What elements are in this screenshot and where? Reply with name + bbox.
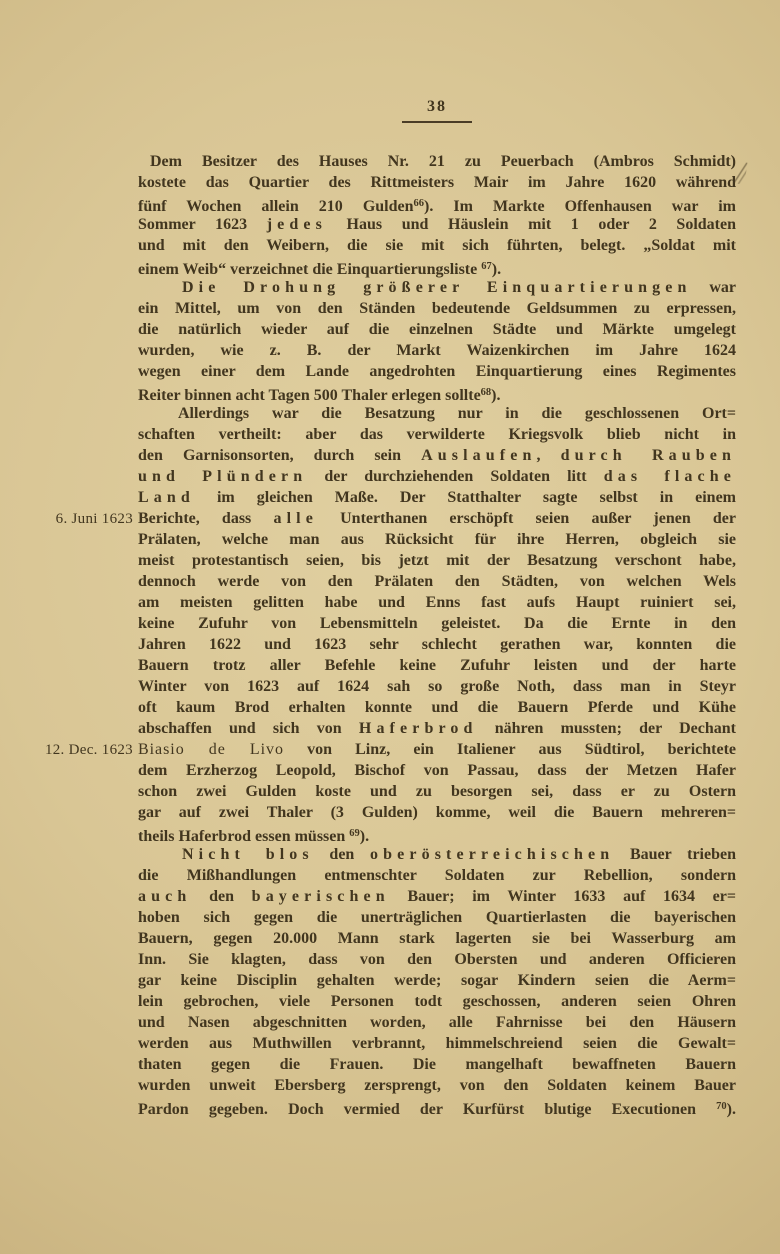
text-line: Winter von 1623 auf 1624 sah so große No… [138,676,736,697]
text-segment: Prälaten, welche man aus Rücksicht für i… [138,531,736,548]
text-segment: hoben sich gegen die unerträglichen Quar… [138,909,736,926]
text-segment: Nicht blos [182,846,314,863]
text-segment: jedes [267,216,327,233]
text-line: thaten gegen die Frauen. Die mangelhaft … [138,1054,736,1075]
text-line: Bauern trotz aller Befehle keine Zufuhr … [138,655,736,676]
text-line: ein Mittel, um von den Ständen bedeutend… [138,298,736,319]
footnote-marker: 67 [481,261,492,272]
text-line: Reiter binnen acht Tagen 500 Thaler erle… [138,382,736,403]
text-segment: schaften vertheilt: aber das verwilderte… [138,426,736,443]
ink-smudge [735,161,748,184]
text-segment: Bauer trieben [614,846,736,863]
text-segment: auch [138,888,191,905]
text-line: schon zwei Gulden koste und zu besorgen … [138,781,736,802]
text-line: oft kaum Brod erhalten konnte und die Ba… [138,697,736,718]
text-segment: die Mißhandlungen entmenschter Soldaten … [138,867,736,884]
text-line: abschaffen und sich von Haferbrod nähren… [138,718,736,739]
text-segment: Allerdings war die Besatzung nur in die … [178,405,736,422]
text-segment: Biasio de Livo [138,741,284,758]
text-line: Prälaten, welche man aus Rücksicht für i… [138,529,736,550]
text-segment: theils Haferbrod essen müssen [138,828,349,845]
text-line: werden aus Muthwillen verbrannt, himmels… [138,1033,736,1054]
text-segment: Dem Besitzer des Hauses Nr. 21 zu Peuerb… [150,153,736,170]
book-page-scan: 38 Dem Besitzer des Hauses Nr. 21 zu Peu… [0,0,780,1254]
text-segment: der durchziehenden Soldaten litt [307,468,603,485]
text-segment: Die Drohung größerer Einquartierungen [182,279,692,296]
text-line: die natürlich wieder auf die einzelnen S… [138,319,736,340]
text-segment: schon zwei Gulden koste und zu besorgen … [138,783,736,800]
text-segment: nähren mussten; der Dechant [478,720,736,737]
text-segment: Haferbrod [359,720,478,737]
text-line: dem Erzherzog Leopold, Bischof von Passa… [138,760,736,781]
text-segment: ). [492,261,501,278]
text-segment: , [537,447,561,464]
footnote-marker: 68 [481,387,492,398]
text-line: wegen einer dem Lande angedrohten Einqua… [138,361,736,382]
text-segment: dem Erzherzog Leopold, Bischof von Passa… [138,762,736,779]
text-line: wurden, wie z. B. der Markt Waizenkirche… [138,340,736,361]
text-line: meist protestantisch seien, bis jetzt mi… [138,550,736,571]
footnote-marker: 66 [414,198,425,209]
text-line: hoben sich gegen die unerträglichen Quar… [138,907,736,928]
text-line: 12. Dec. 1623Biasio de Livo von Linz, ei… [138,739,736,760]
text-line: schaften vertheilt: aber das verwilderte… [138,424,736,445]
text-segment: Bauern trotz aller Befehle keine Zufuhr … [138,657,736,674]
text-segment: Auslaufen [421,447,536,464]
text-segment: Bauern, gegen 20.000 Mann stark lagerten… [138,930,736,947]
text-segment: durch Rauben [561,447,736,464]
text-segment: im gleichen Maße. Der Statthalter sagte … [195,489,736,506]
text-segment: meist protestantisch seien, bis jetzt mi… [138,552,736,569]
text-line: keine Zufuhr von Lebensmitteln geleistet… [138,613,736,634]
text-segment: gar auf zwei Thaler (3 Gulden) komme, we… [138,804,736,821]
text-segment: war [692,279,736,296]
text-segment: das flache [604,468,736,485]
page-number: 38 [402,98,472,123]
text-line: Jahren 1622 und 1623 sehr schlecht gerat… [138,634,736,655]
text-segment: Inn. Sie klagten, dass von den Obersten … [138,951,736,968]
footnote-marker: 70 [716,1101,727,1112]
text-segment: Pardon gegeben. Doch vermied der Kurfürs… [138,1101,716,1118]
text-segment: ). [727,1101,736,1118]
text-line: Die Drohung größerer Einquartierungen wa… [138,277,736,298]
text-segment: abschaffen und sich von [138,720,359,737]
text-segment: Jahren 1622 und 1623 sehr schlecht gerat… [138,636,736,653]
text-line: wurden unweit Ebersberg zersprengt, von … [138,1075,736,1096]
footnote-marker: 69 [349,828,360,839]
text-segment: gar keine Disciplin gehalten werde; soga… [138,972,736,989]
page-header: 38 [138,98,736,123]
text-line: lein gebrochen, viele Personen todt gesc… [138,991,736,1012]
text-segment: dennoch werde von den Prälaten den Städt… [138,573,736,590]
text-line: theils Haferbrod essen müssen 69). [138,823,736,844]
text-segment: bayerischen [252,888,390,905]
text-line: Nicht blos den oberösterreichischen Baue… [138,844,736,865]
text-segment: Bauer; im Winter 1633 auf 1634 er= [390,888,736,905]
text-segment: Land [138,489,195,506]
text-line: und Plündern der durchziehenden Soldaten… [138,466,736,487]
text-segment: Reiter binnen acht Tagen 500 Thaler erle… [138,387,481,404]
text-line: auch den bayerischen Bauer; im Winter 16… [138,886,736,907]
text-segment: wurden unweit Ebersberg zersprengt, von … [138,1077,736,1094]
text-line: Bauern, gegen 20.000 Mann stark lagerten… [138,928,736,949]
text-line: am meisten gelitten habe und Enns fast a… [138,592,736,613]
text-line: Dem Besitzer des Hauses Nr. 21 zu Peuerb… [138,151,736,172]
text-line: kostete das Quartier des Rittmeisters Ma… [138,172,736,193]
text-line: und mit den Weibern, die sie mit sich fü… [138,235,736,256]
margin-date-note: 6. Juni 1623 [56,509,133,530]
text-segment: Winter von 1623 auf 1624 sah so große No… [138,678,736,695]
text-segment: den Garnisonsorten, durch sein [138,447,421,464]
text-segment: oft kaum Brod erhalten konnte und die Ba… [138,699,736,716]
text-segment: von Linz, ein Italiener aus Südtirol, be… [284,741,736,758]
text-line: und Nasen abgeschnitten worden, alle Fah… [138,1012,736,1033]
margin-date-note: 12. Dec. 1623 [45,740,133,761]
text-line: dennoch werde von den Prälaten den Städt… [138,571,736,592]
text-segment: ein Mittel, um von den Ständen bedeutend… [138,300,736,317]
text-segment: Berichte, dass [138,510,273,527]
text-line: fünf Wochen allein 210 Gulden66). Im Mar… [138,193,736,214]
text-segment: einem Weib“ verzeichnet die Einquartieru… [138,261,481,278]
text-line: den Garnisonsorten, durch sein Auslaufen… [138,445,736,466]
text-segment: und Plündern [138,468,307,485]
text-segment: Haus und Häuslein mit 1 oder 2 Soldaten [327,216,736,233]
text-block: Dem Besitzer des Hauses Nr. 21 zu Peuerb… [138,151,736,1117]
text-line: Pardon gegeben. Doch vermied der Kurfürs… [138,1096,736,1117]
text-segment: den [191,888,251,905]
text-line: Land im gleichen Maße. Der Statthalter s… [138,487,736,508]
text-line: gar keine Disciplin gehalten werde; soga… [138,970,736,991]
text-segment: die natürlich wieder auf die einzelnen S… [138,321,736,338]
text-segment: ). [360,828,369,845]
text-segment: werden aus Muthwillen verbrannt, himmels… [138,1035,736,1052]
text-segment: und mit den Weibern, die sie mit sich fü… [138,237,736,254]
text-segment: den [314,846,370,863]
text-line: Sommer 1623 jedes Haus und Häuslein mit … [138,214,736,235]
text-segment: wurden, wie z. B. der Markt Waizenkirche… [138,342,736,359]
text-segment: und Nasen abgeschnitten worden, alle Fah… [138,1014,736,1031]
text-segment: keine Zufuhr von Lebensmitteln geleistet… [138,615,736,632]
text-segment: Sommer 1623 [138,216,267,233]
text-line: gar auf zwei Thaler (3 Gulden) komme, we… [138,802,736,823]
text-line: Allerdings war die Besatzung nur in die … [138,403,736,424]
text-line: Inn. Sie klagten, dass von den Obersten … [138,949,736,970]
text-segment: fünf Wochen allein 210 Gulden [138,198,414,215]
text-segment: kostete das Quartier des Rittmeisters Ma… [138,174,736,191]
text-segment: alle [273,510,317,527]
text-segment: thaten gegen die Frauen. Die mangelhaft … [138,1056,736,1073]
text-segment: Unterthanen erschöpft seien außer jenen … [318,510,736,527]
text-segment: ). Im Markte Offenhausen war im [424,198,736,215]
text-segment: wegen einer dem Lande angedrohten Einqua… [138,363,736,380]
text-line: 6. Juni 1623Berichte, dass alle Untertha… [138,508,736,529]
text-segment: oberösterreichischen [370,846,614,863]
text-line: die Mißhandlungen entmenschter Soldaten … [138,865,736,886]
text-line: einem Weib“ verzeichnet die Einquartieru… [138,256,736,277]
text-segment: ). [491,387,500,404]
text-segment: am meisten gelitten habe und Enns fast a… [138,594,736,611]
text-segment: lein gebrochen, viele Personen todt gesc… [138,993,736,1010]
